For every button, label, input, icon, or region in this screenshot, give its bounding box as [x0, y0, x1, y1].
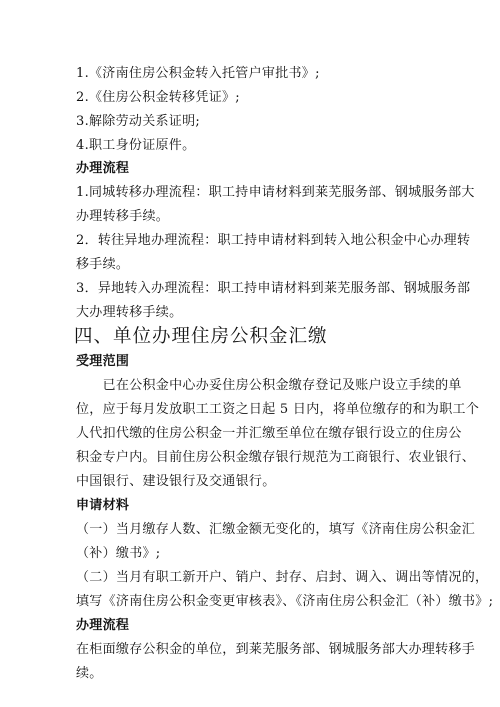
paragraph-line: 1.同城转移办理流程：职工持申请材料到莱芜服务部、钢城服务部大 [76, 184, 475, 202]
paragraph-line: （补）缴书》; [76, 545, 160, 563]
paragraph-line: 大办理转移手续。 [76, 304, 182, 322]
section-heading-process-2: 办理流程 [76, 617, 129, 635]
list-item-id-card: 4.职工身份证原件。 [76, 137, 195, 155]
paragraph-line: 3．异地转入办理流程：职工持申请材料到莱芜服务部、钢城服务部 [76, 280, 470, 298]
list-item-transfer-voucher: 2.《住房公积金转移凭证》; [76, 89, 240, 107]
paragraph-line: 人代扣代缴的住房公积金一并汇缴至单位在缴存银行设立的住房公 [76, 425, 462, 443]
paragraph-line: （二）当月有职工新开户、销户、封存、启封、调入、调出等情况的， [76, 569, 488, 587]
paragraph-line: 在柜面缴存公积金的单位，到莱芜服务部、钢城服务部大办理转移手 [76, 641, 475, 659]
list-item-termination-proof: 3.解除劳动关系证明; [76, 113, 200, 131]
section-heading-scope: 受理范围 [76, 353, 129, 371]
paragraph-line: 积金专户内。目前住房公积金缴存银行规范为工商银行、农业银行、 [76, 449, 475, 467]
section-heading-materials: 申请材料 [76, 497, 129, 515]
section-heading-process: 办理流程 [76, 160, 129, 178]
paragraph-line: 移手续。 [76, 256, 129, 274]
paragraph-line: 2．转往异地办理流程：职工持申请材料到转入地公积金中心办理转 [76, 232, 470, 250]
chapter-heading: 四、单位办理住房公积金汇缴 [74, 325, 328, 349]
paragraph-line: 位，应于每月发放职工工资之日起 5 日内，将单位缴存的和为职工个 [76, 401, 479, 419]
document-page: 1.《济南住房公积金转入托管户审批书》; 2.《住房公积金转移凭证》; 3.解除… [0, 0, 500, 707]
paragraph-line: 续。 [76, 665, 103, 683]
paragraph-line: 已在公积金中心办妥住房公积金缴存登记及账户设立手续的单 [76, 377, 462, 395]
paragraph-line: 中国银行、建设银行及交通银行。 [76, 473, 276, 491]
list-item-approval-form: 1.《济南住房公积金转入托管户审批书》; [76, 65, 320, 83]
paragraph-line: （一）当月缴存人数、汇缴金额无变化的，填写《济南住房公积金汇 [76, 521, 475, 539]
paragraph-line: 办理转移手续。 [76, 208, 169, 226]
paragraph-line: 填写《济南住房公积金变更审核表》、《济南住房公积金汇（补）缴书》; [76, 593, 493, 611]
